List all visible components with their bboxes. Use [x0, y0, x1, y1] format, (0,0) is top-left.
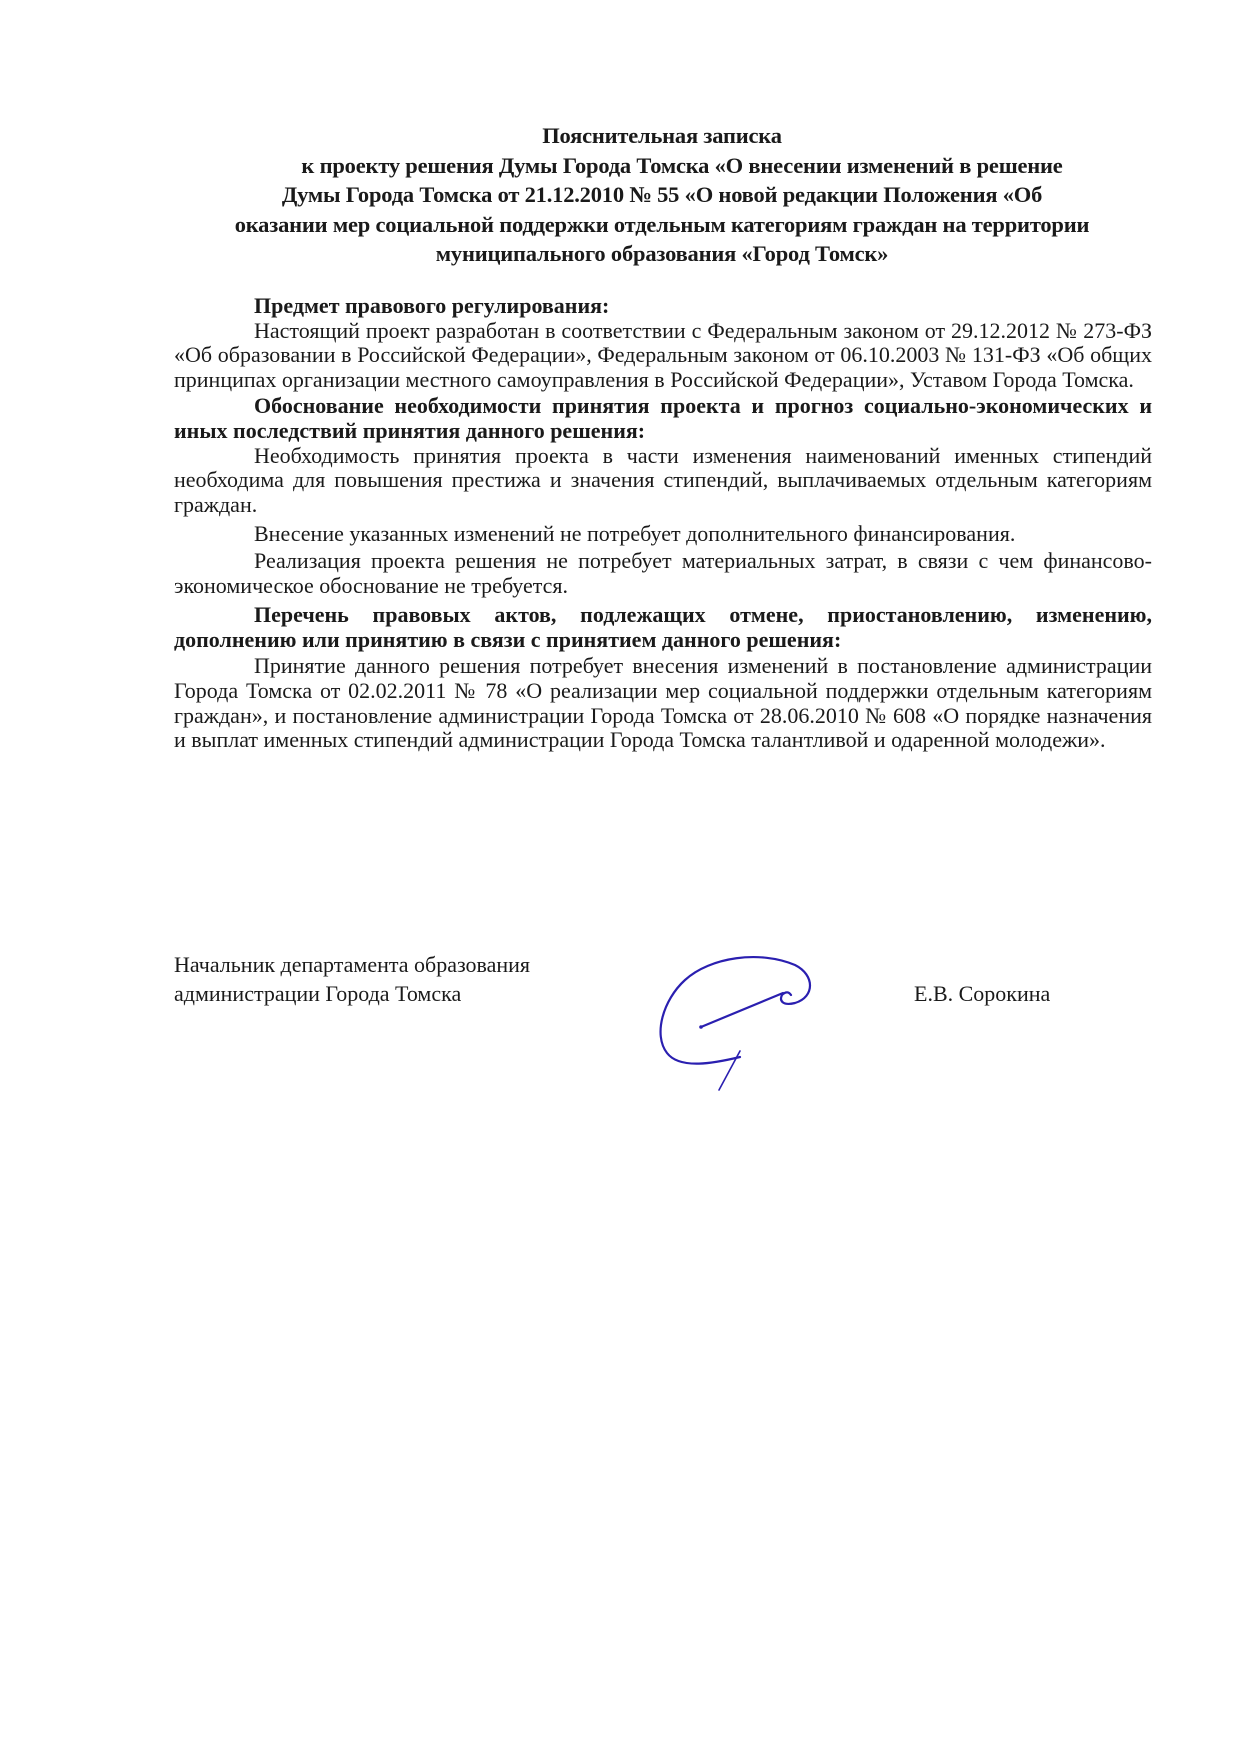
- document-body: Предмет правового регулирования: Настоящ…: [174, 294, 1152, 753]
- title-line: Думы Города Томска от 21.12.2010 № 55 «О…: [172, 180, 1152, 210]
- position-line: администрации Города Томска: [174, 979, 530, 1008]
- section-heading-legal-acts: Перечень правовых актов, подлежащих отме…: [174, 603, 1152, 652]
- paragraph: Необходимость принятия проекта в части и…: [174, 444, 1152, 518]
- position-line: Начальник департамента образования: [174, 950, 530, 979]
- signatory-name: Е.В. Сорокина: [914, 979, 1050, 1008]
- paragraph: Реализация проекта решения не потребует …: [174, 549, 1152, 598]
- paragraph: Настоящий проект разработан в соответств…: [174, 319, 1152, 393]
- paragraph: Внесение указанных изменений не потребуе…: [174, 522, 1152, 547]
- title-line: к проекту решения Думы Города Томска «О …: [172, 151, 1152, 181]
- document-title: Пояснительная записка к проекту решения …: [172, 121, 1152, 269]
- title-line: муниципального образования «Город Томск»: [172, 239, 1152, 269]
- section-heading-subject: Предмет правового регулирования:: [174, 294, 1152, 319]
- title-line: оказании мер социальной поддержки отдель…: [172, 210, 1152, 240]
- signatory-position: Начальник департамента образования админ…: [174, 950, 530, 1008]
- title-line: Пояснительная записка: [172, 121, 1152, 151]
- paragraph: Принятие данного решения потребует внесе…: [174, 654, 1152, 752]
- handwritten-signature-icon: [655, 945, 815, 1095]
- document-page: Пояснительная записка к проекту решения …: [0, 0, 1240, 1753]
- section-heading-justification: Обоснование необходимости принятия проек…: [174, 394, 1152, 443]
